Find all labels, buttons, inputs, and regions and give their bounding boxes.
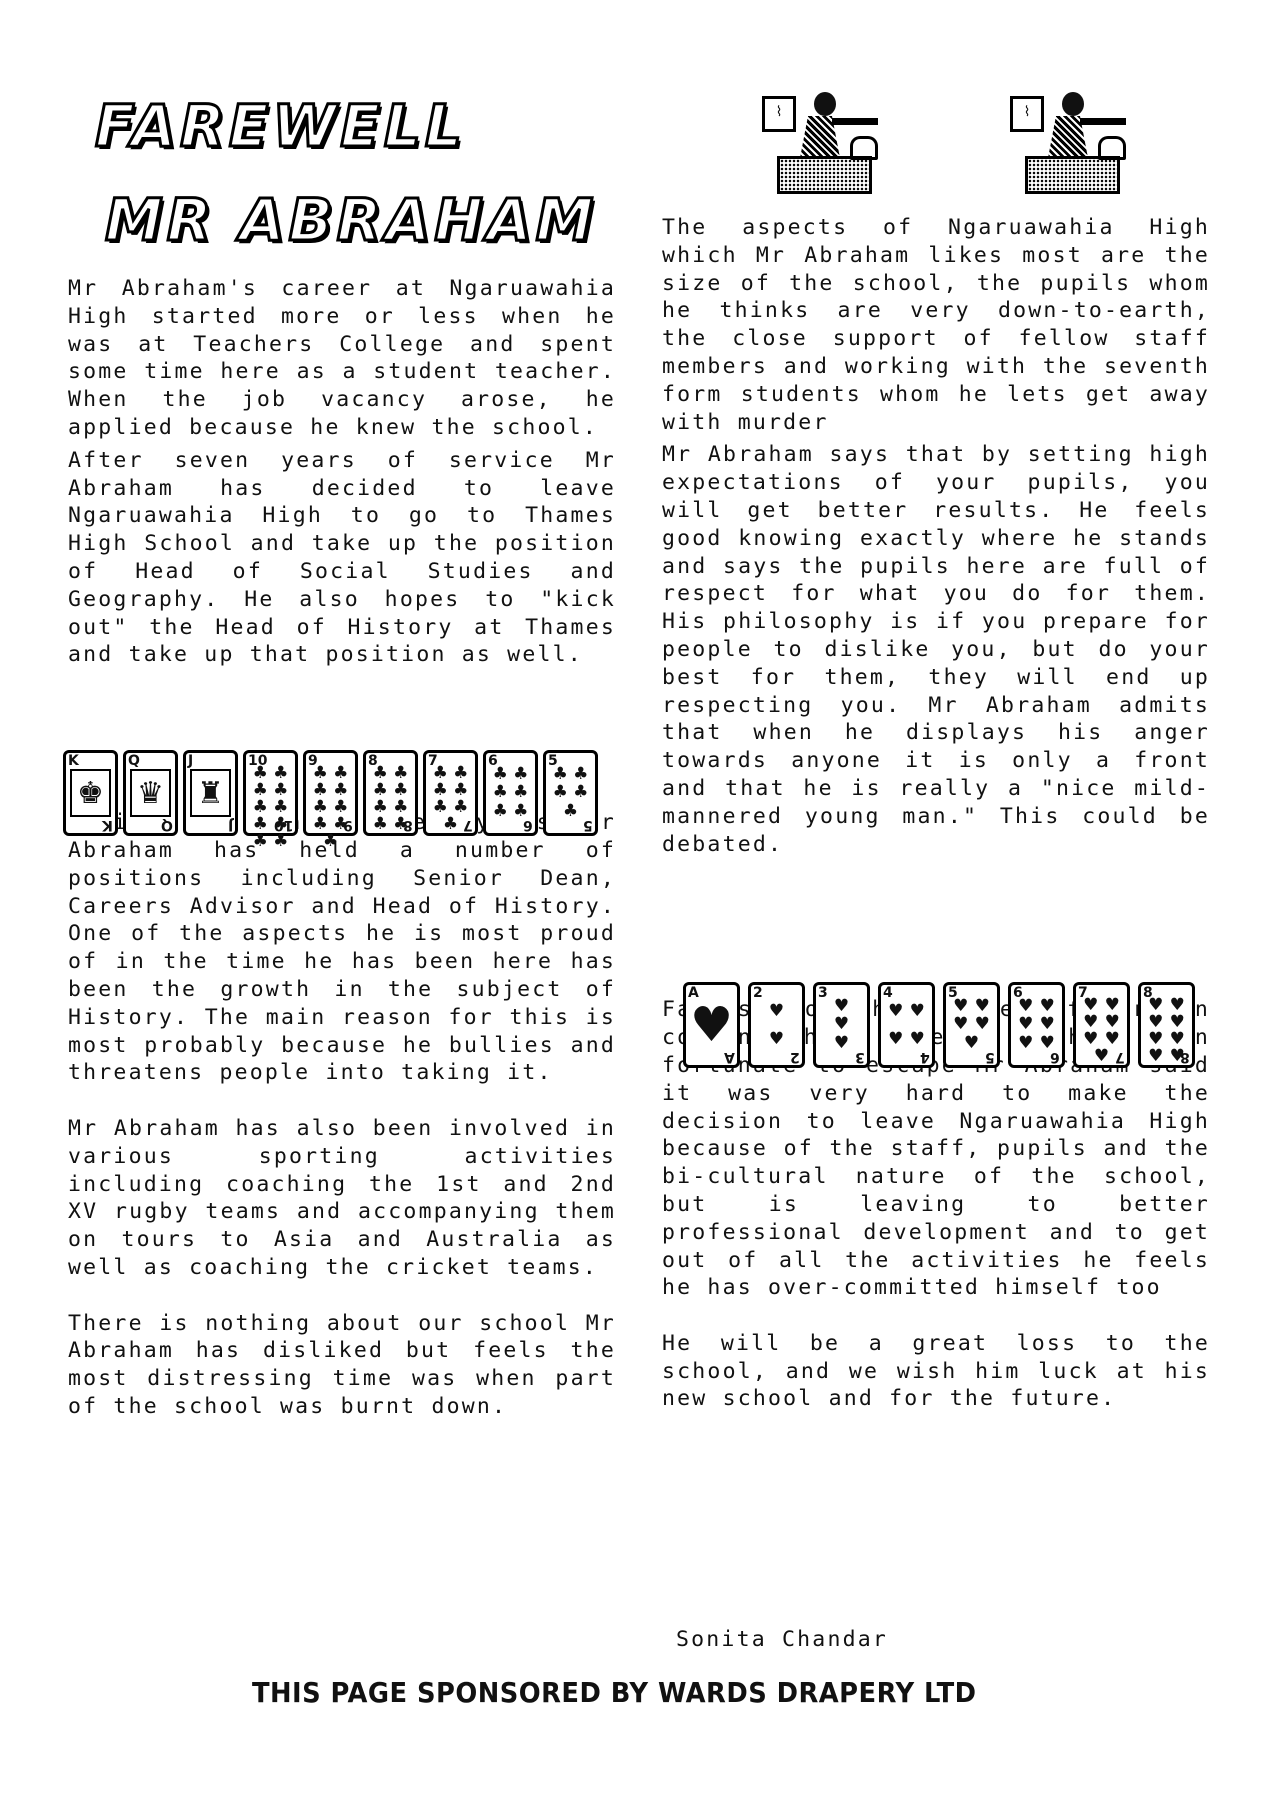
heart-pips-icon: ♥♥♥♥♥♥ [1015,997,1058,1053]
clubs-card-8: 88♣♣♣♣♣♣♣♣ [363,750,418,836]
club-pips-icon: ♣♣♣♣♣♣♣♣♣ [310,765,351,821]
face-card-icon: ♛ [130,769,171,817]
playing-cards-hearts: AA♥22♥♥33♥♥♥44♥♥♥♥55♥♥♥♥♥66♥♥♥♥♥♥77♥♥♥♥♥… [683,982,1195,1068]
heart-pips-icon: ♥♥♥♥ [885,997,928,1053]
club-pips-icon: ♣♣♣♣♣♣♣ [430,765,471,821]
paragraph-career-start: Mr Abraham's career at Ngaruawahia High … [68,275,616,442]
clubs-card-j: JJ♜ [183,750,238,836]
paragraph-positions: During the past seven years Mr Abraham h… [68,809,616,1087]
heart-icon: ♥ [686,985,737,1065]
hearts-card-3: 33♥♥♥ [813,982,870,1068]
heart-pips-icon: ♥♥ [755,997,798,1053]
clubs-card-6: 66♣♣♣♣♣♣ [483,750,538,836]
hearts-card-5: 55♥♥♥♥♥ [943,982,1000,1068]
author-byline: Sonita Chandar [676,1627,888,1652]
club-pips-icon: ♣♣♣♣♣♣ [490,765,531,821]
paragraph-leaving: After seven years of service Mr Abraham … [68,447,616,669]
playing-cards-clubs: KK♚QQ♛JJ♜1010♣♣♣♣♣♣♣♣♣♣99♣♣♣♣♣♣♣♣♣88♣♣♣♣… [63,750,598,836]
hearts-card-7: 77♥♥♥♥♥♥♥ [1073,982,1130,1068]
desk-icon [777,156,872,194]
left-column: Mr Abraham's career at Ngaruawahia High … [68,275,616,1421]
hearts-card-8: 88♥♥♥♥♥♥♥♥ [1138,982,1195,1068]
clubs-card-5: 55♣♣♣♣♣ [543,750,598,836]
clubs-card-9: 99♣♣♣♣♣♣♣♣♣ [303,750,358,836]
hearts-card-6: 66♥♥♥♥♥♥ [1008,982,1065,1068]
paragraph-philosophy: Mr Abraham says that by setting high exp… [662,441,1210,858]
clubs-card-k: KK♚ [63,750,118,836]
paragraph-sports: Mr Abraham has also been involved in var… [68,1115,616,1282]
headline-line-1: FAREWELL [95,92,466,160]
hearts-card-2: 22♥♥ [748,982,805,1068]
heart-pips-icon: ♥♥♥♥♥♥♥♥ [1145,997,1188,1053]
right-column: The aspects of Ngaruawahia High which Mr… [662,214,1210,1413]
headline-line-2: MR ABRAHAM [105,186,597,254]
club-pips-icon: ♣♣♣♣♣ [550,765,591,821]
sponsor-footer: THIS PAGE SPONSORED BY WARDS DRAPERY LTD [252,1676,976,1709]
paragraph-farewell: He will be a great loss to the school, a… [662,1330,1210,1413]
face-card-icon: ♚ [70,769,111,817]
heart-pips-icon: ♥♥♥♥♥♥♥ [1080,997,1123,1053]
paragraph-dislikes: There is nothing about our school Mr Abr… [68,1310,616,1421]
teacher-at-desk-icon: ⌇ [752,86,872,196]
clubs-card-7: 77♣♣♣♣♣♣♣ [423,750,478,836]
heart-pips-icon: ♥♥♥♥♥ [950,997,993,1053]
wall-picture-icon: ⌇ [762,96,796,132]
clubs-card-10: 1010♣♣♣♣♣♣♣♣♣♣ [243,750,298,836]
paragraph-likes: The aspects of Ngaruawahia High which Mr… [662,214,1210,436]
teacher-at-desk-icon: ⌇ [1000,86,1120,196]
desk-icon [1025,156,1120,194]
club-pips-icon: ♣♣♣♣♣♣♣♣ [370,765,411,821]
hearts-card-a: AA♥ [683,982,740,1068]
face-card-icon: ♜ [190,769,231,817]
club-pips-icon: ♣♣♣♣♣♣♣♣♣♣ [250,765,291,821]
hearts-card-4: 44♥♥♥♥ [878,982,935,1068]
heart-pips-icon: ♥♥♥ [820,997,863,1053]
clubs-card-q: QQ♛ [123,750,178,836]
wall-picture-icon: ⌇ [1010,96,1044,132]
